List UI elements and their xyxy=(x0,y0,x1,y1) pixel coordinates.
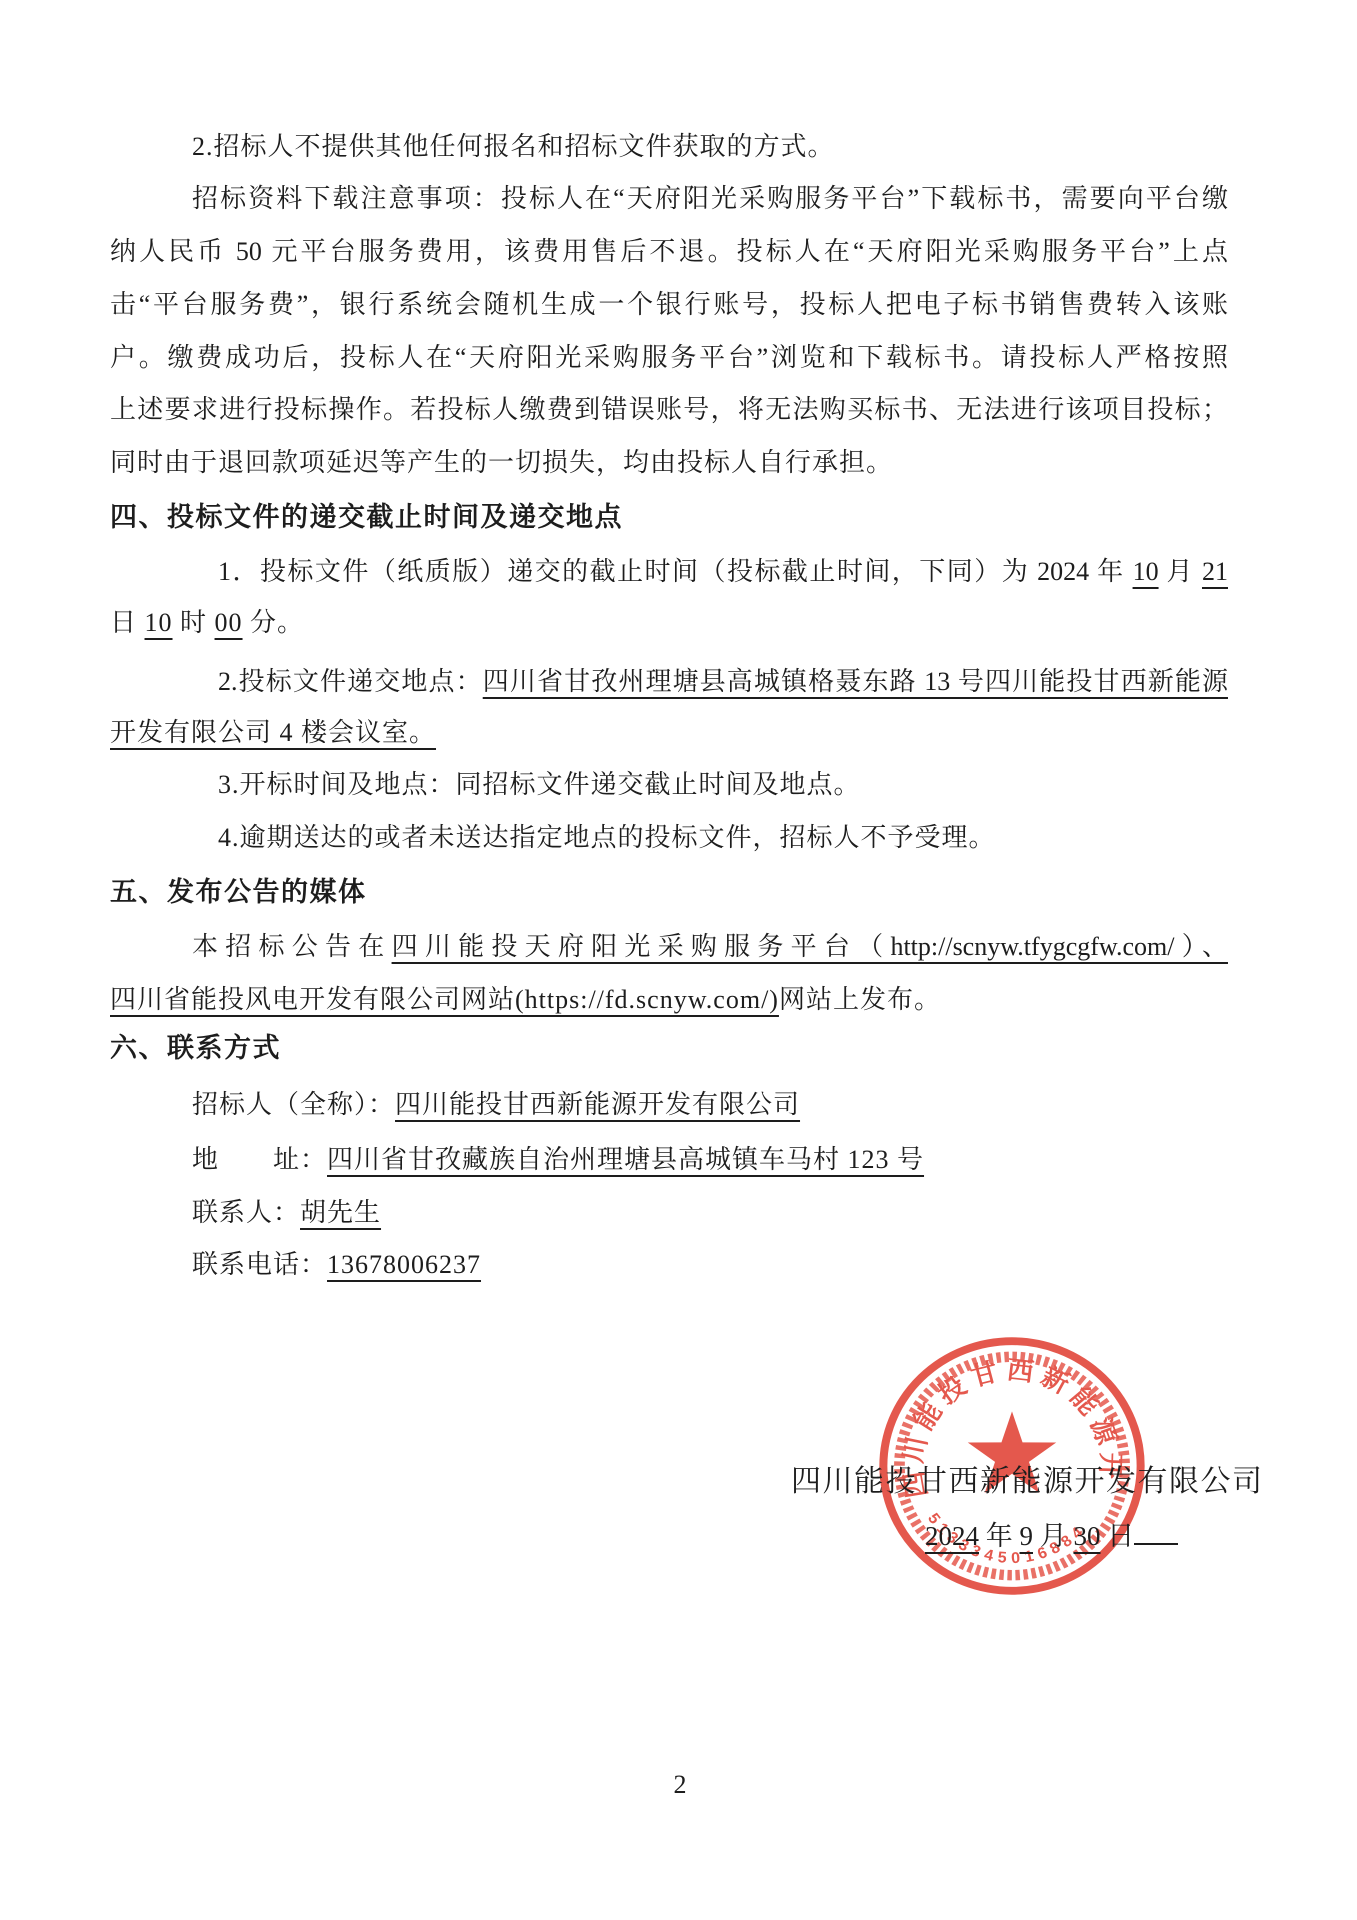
text-segment: 纳人民币 50 元平台服务费用，该费用售后不退。投标人在“天府阳光采购服务平台”… xyxy=(110,237,1228,266)
underlined-text: 胡先生 xyxy=(300,1198,381,1227)
text-segment: 分。 xyxy=(243,608,305,637)
body-line-5: 户。缴费成功后，投标人在“天府阳光采购服务平台”浏览和下载标书。请投标人严格按照 xyxy=(110,332,1228,384)
body-line-12: 开发有限公司 4 楼会议室。 xyxy=(110,707,1228,759)
underlined-text: 2024 xyxy=(925,1521,979,1551)
text-segment: 六、联系方式 xyxy=(110,1033,281,1063)
underlined-text: 10 xyxy=(1133,557,1159,586)
text-segment: 击“平台服务费”，银行系统会随机生成一个银行账号，投标人把电子标书销售费转入该账 xyxy=(110,290,1228,319)
page-number: 2 xyxy=(655,1770,705,1800)
body-line-16: 本招标公告在四川能投天府阳光采购服务平台（http://scnyw.tfygcg… xyxy=(110,921,1228,973)
underlined-text: 10 xyxy=(145,608,173,637)
body-line-4: 击“平台服务费”，银行系统会随机生成一个银行账号，投标人把电子标书销售费转入该账 xyxy=(110,279,1228,331)
body-line-7: 同时由于退回款项延迟等产生的一切损失，均由投标人自行承担。 xyxy=(110,437,1228,489)
body-line-17: 四川省能投风电开发有限公司网站(https://fd.scnyw.com/)网站… xyxy=(110,974,1228,1026)
body-line-9: 1．投标文件（纸质版）递交的截止时间（投标截止时间，下同）为 2024 年 10… xyxy=(110,546,1228,598)
text-segment: 2.投标文件递交地点： xyxy=(218,667,483,696)
underlined-text: 00 xyxy=(215,608,243,637)
section-heading-line-8: 四、投标文件的递交截止时间及递交地点 xyxy=(110,491,1228,543)
text-segment: 月 xyxy=(1033,1521,1074,1551)
underlined-text: 四川省甘孜州理塘县高城镇格聂东路 13 号四川能投甘西新能源 xyxy=(483,667,1228,696)
body-line-1: 2.招标人不提供其他任何报名和招标文件获取的方式。 xyxy=(110,121,1228,173)
signature-company-name: 四川能投甘西新能源开发有限公司 xyxy=(791,1456,1264,1500)
text-segment: 地 址： xyxy=(192,1145,327,1174)
underlined-text xyxy=(1134,1513,1178,1545)
underlined-text: 21 xyxy=(1202,557,1228,586)
text-segment: 月 xyxy=(1159,557,1202,586)
underlined-text: 四川省能投风电开发有限公司网站(https://fd.scnyw.com/) xyxy=(110,985,779,1014)
text-segment: 四、投标文件的递交截止时间及递交地点 xyxy=(110,502,623,532)
text-segment: 1．投标文件（纸质版）递交的截止时间（投标截止时间，下同）为 2024 年 xyxy=(218,557,1133,586)
underlined-text: 四川能投甘西新能源开发有限公司 xyxy=(395,1090,800,1119)
text-segment: 日 xyxy=(110,608,145,637)
text-segment: 2.招标人不提供其他任何报名和招标文件获取的方式。 xyxy=(192,132,835,161)
text-segment: 招标资料下载注意事项：投标人在“天府阳光采购服务平台”下载标书，需要向平台缴 xyxy=(192,184,1228,213)
text-segment: 五、发布公告的媒体 xyxy=(110,877,367,907)
text-segment: 户。缴费成功后，投标人在“天府阳光采购服务平台”浏览和下载标书。请投标人严格按照 xyxy=(110,343,1228,372)
text-segment: 3.开标时间及地点：同招标文件递交截止时间及地点。 xyxy=(218,770,861,799)
text-segment: 时 xyxy=(173,608,215,637)
body-line-2: 招标资料下载注意事项：投标人在“天府阳光采购服务平台”下载标书，需要向平台缴 xyxy=(110,173,1228,225)
text-segment: 网站上发布。 xyxy=(779,985,941,1014)
underlined-text: 四川省甘孜藏族自治州理塘县高城镇车马村 123 号 xyxy=(327,1145,924,1174)
body-line-21: 联系人：胡先生 xyxy=(110,1187,1228,1239)
underlined-text: 开发有限公司 4 楼会议室。 xyxy=(110,718,436,747)
body-line-22: 联系电话：13678006237 xyxy=(110,1239,1228,1291)
body-line-6: 上述要求进行投标操作。若投标人缴费到错误账号，将无法购买标书、无法进行该项目投标… xyxy=(110,384,1228,436)
signature-date: 2024 年 9 月 30 日 xyxy=(925,1513,1178,1553)
text-segment: 本招标公告在 xyxy=(192,932,392,961)
body-line-11: 2.投标文件递交地点：四川省甘孜州理塘县高城镇格聂东路 13 号四川能投甘西新能… xyxy=(110,656,1228,708)
body-line-3: 纳人民币 50 元平台服务费用，该费用售后不退。投标人在“天府阳光采购服务平台”… xyxy=(110,226,1228,278)
text-segment: 联系人： xyxy=(192,1198,300,1227)
text-segment: 上述要求进行投标操作。若投标人缴费到错误账号，将无法购买标书、无法进行该项目投标… xyxy=(110,395,1228,424)
text-segment: 同时由于退回款项延迟等产生的一切损失，均由投标人自行承担。 xyxy=(110,448,893,477)
underlined-text: 四川能投天府阳光采购服务平台（http://scnyw.tfygcgfw.com… xyxy=(392,932,1228,961)
text-segment: 年 xyxy=(979,1521,1020,1551)
underlined-text: 9 xyxy=(1020,1521,1034,1551)
text-segment: 联系电话： xyxy=(192,1250,327,1279)
underlined-text: 13678006237 xyxy=(327,1250,481,1279)
body-line-14: 4.逾期送达的或者未送达指定地点的投标文件，招标人不予受理。 xyxy=(110,812,1228,864)
body-line-13: 3.开标时间及地点：同招标文件递交截止时间及地点。 xyxy=(110,759,1228,811)
text-segment: 招标人（全称）： xyxy=(192,1090,395,1119)
text-segment: 日 xyxy=(1101,1521,1135,1551)
section-heading-line-15: 五、发布公告的媒体 xyxy=(110,866,1228,918)
document-page: 四川能投甘西新能源开发有限公司 5133345016884 2.招标人不提供其他… xyxy=(0,0,1357,1920)
underlined-text: 30 xyxy=(1074,1521,1101,1551)
body-line-20: 地 址：四川省甘孜藏族自治州理塘县高城镇车马村 123 号 xyxy=(110,1134,1228,1186)
body-line-10: 日 10 时 00 分。 xyxy=(110,597,1228,649)
text-segment: 4.逾期送达的或者未送达指定地点的投标文件，招标人不予受理。 xyxy=(218,823,996,852)
body-line-19: 招标人（全称）：四川能投甘西新能源开发有限公司 xyxy=(110,1079,1228,1131)
section-heading-line-18: 六、联系方式 xyxy=(110,1022,1228,1074)
